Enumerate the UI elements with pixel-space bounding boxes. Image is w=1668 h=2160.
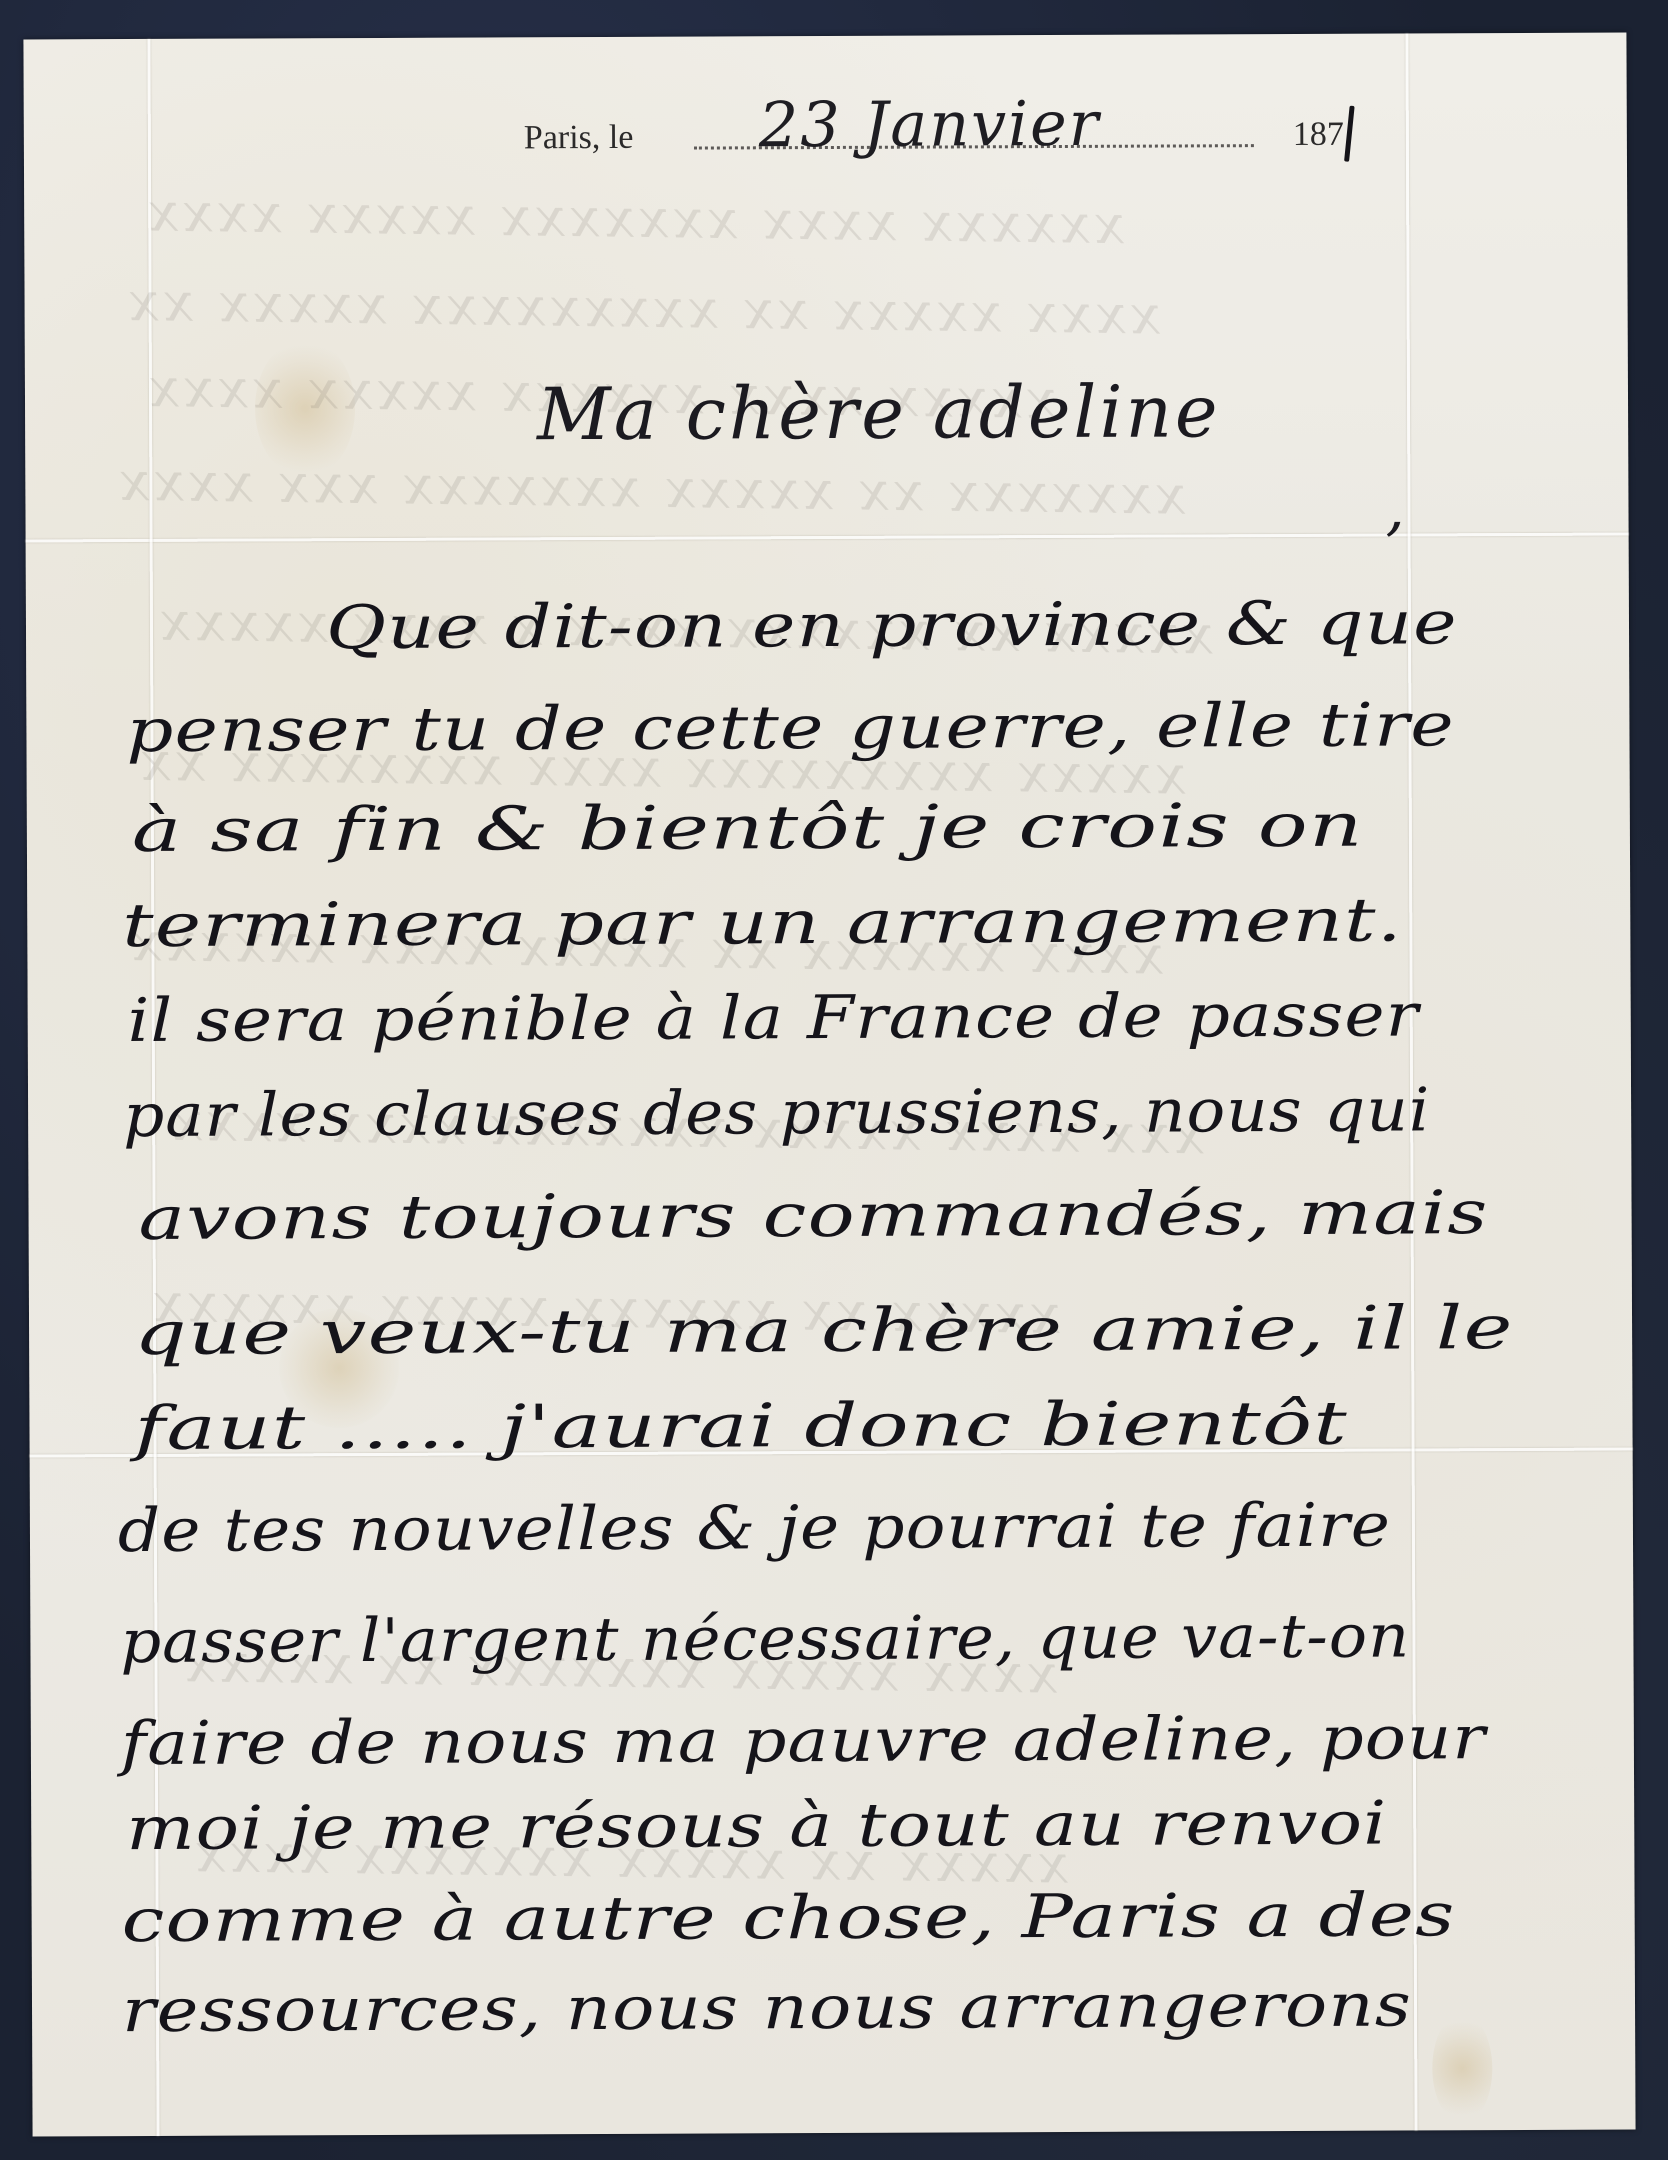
letterhead-place: Paris, le bbox=[524, 119, 634, 157]
letter-line: ressources, nous nous arrangerons bbox=[122, 1975, 1412, 2041]
rust-stain bbox=[1432, 2013, 1492, 2123]
letter-line: que veux-tu ma chère amie, il le bbox=[134, 1298, 1514, 1364]
letter-sheet: xxxxxx xxxx xxxxxxx xxxxx xxxx xxxx xxxx… bbox=[23, 33, 1635, 2137]
salutation: Ma chère adeline bbox=[537, 369, 1221, 456]
bleed-through-text: xxxxxxx xx xxxxx xxxxxxx xxx xxxx bbox=[115, 450, 1186, 527]
letter-line: de tes nouvelles & je pourrai te faire bbox=[118, 1496, 1391, 1562]
letterhead: Paris, le 23 Janvier 187 bbox=[524, 94, 1364, 178]
handwritten-year-digit bbox=[1344, 106, 1355, 162]
letter-line: Que dit-on en province & que bbox=[326, 593, 1458, 658]
letterhead-year: 187 bbox=[1293, 116, 1344, 154]
letter-line: terminera par un arrangement. bbox=[122, 890, 1403, 956]
handwritten-date: 23 Janvier bbox=[759, 87, 1101, 161]
letter-line: penser tu de cette guerre, elle tire bbox=[126, 695, 1455, 761]
bleed-through-text: xxxx xxxxx xx xxxxxxxxx xxxxx xx bbox=[124, 270, 1161, 347]
letter-line: comme à autre chose, Paris a des bbox=[122, 1885, 1456, 1951]
letter-line: moi je me résous à tout au renvoi bbox=[126, 1794, 1387, 1860]
letter-line: faut ..... j'aurai donc bientôt bbox=[134, 1394, 1348, 1459]
letter-line: il sera pénible à la France de passer bbox=[128, 985, 1420, 1051]
bleed-through-text: xxxxxx xxxx xxxxxxx xxxxx xxxx bbox=[144, 180, 1125, 256]
letter-line: faire de nous ma pauvre adeline, pour bbox=[121, 1708, 1487, 1774]
letter-line: par les clauses des prussiens, nous qui bbox=[123, 1080, 1431, 1146]
letter-line: passer l'argent nécessaire, que va-t-on bbox=[120, 1606, 1410, 1672]
letter-line: avons toujours commandés, mais bbox=[138, 1183, 1488, 1249]
letter-line: à sa fin & bientôt je crois on bbox=[132, 796, 1364, 861]
salutation-comma: , bbox=[1385, 473, 1405, 543]
